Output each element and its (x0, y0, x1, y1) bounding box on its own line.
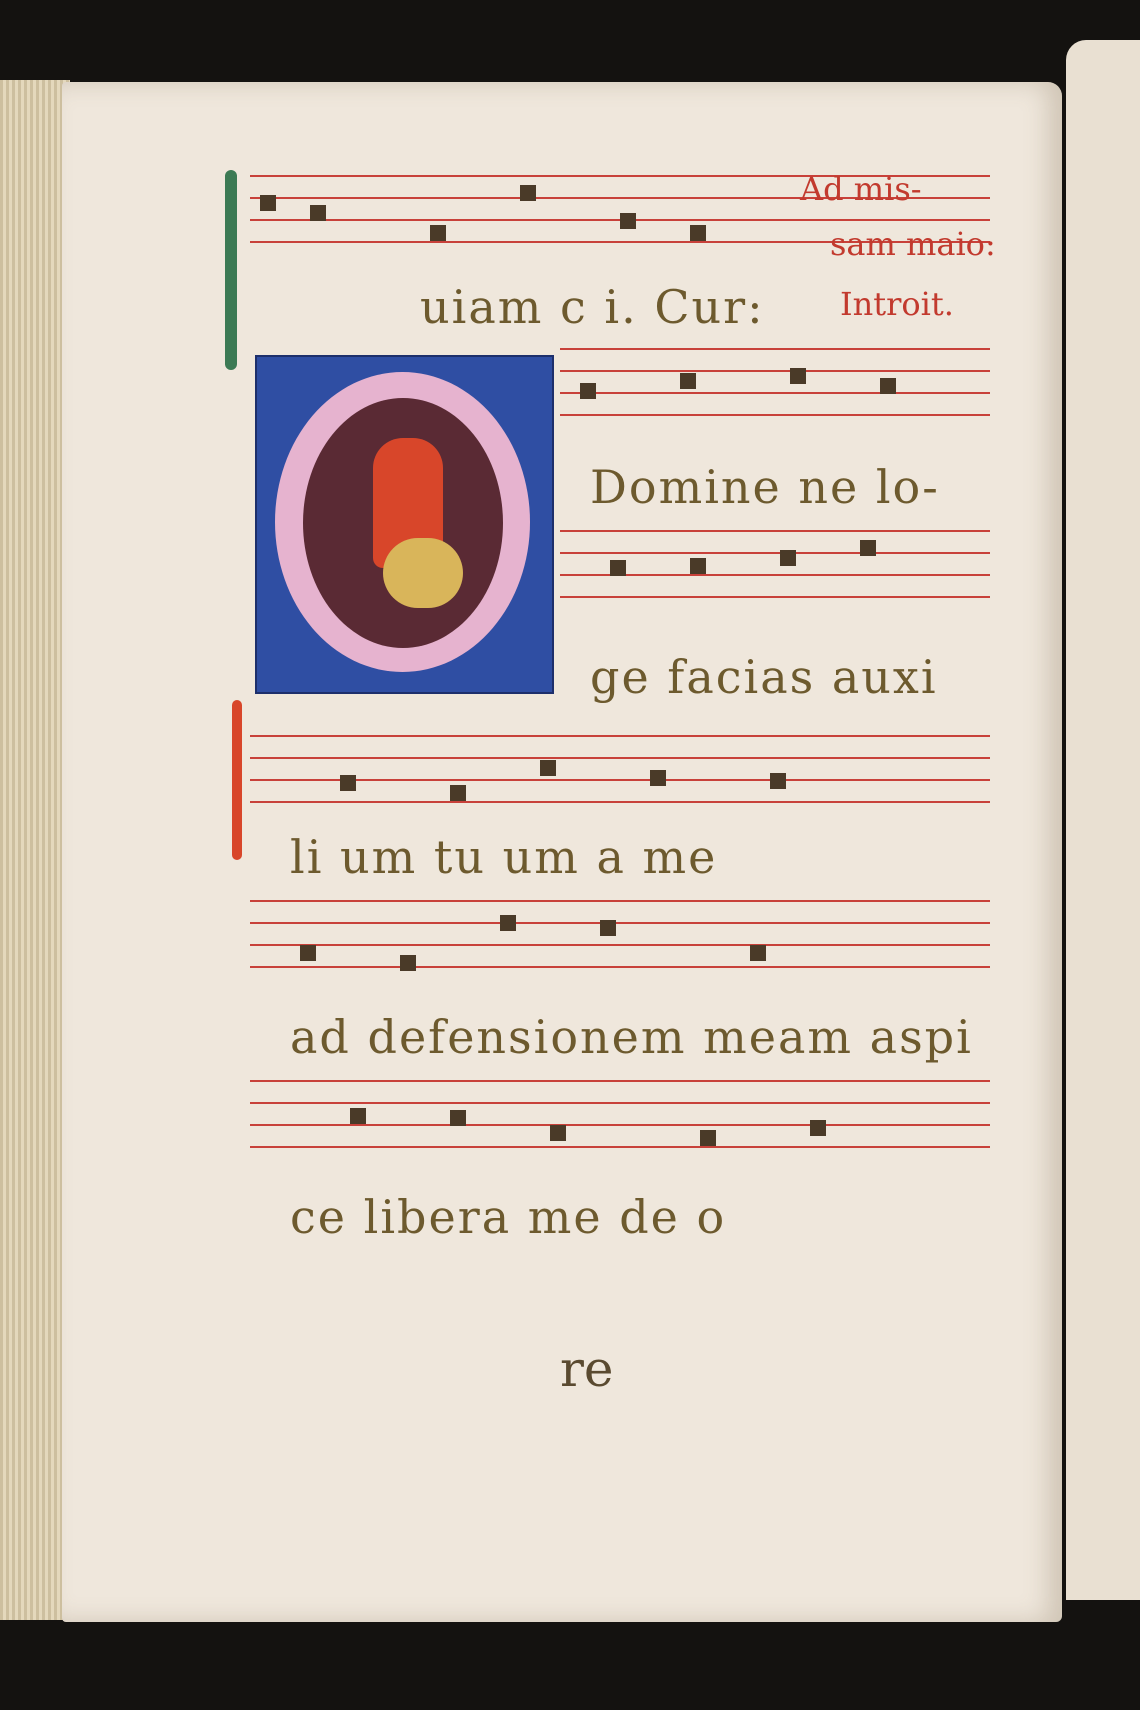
text-line-5: ad defensionem meam aspi (290, 1010, 973, 1064)
beast (383, 538, 463, 608)
text-line-2: Domine ne lo- (590, 460, 940, 514)
text-line-6: ce libera me de o (290, 1190, 726, 1244)
staff-3 (560, 530, 990, 600)
staff-2 (560, 348, 990, 418)
rubric-line-3: Introit. (840, 285, 954, 323)
text-line-1: uiam c i. Cur: (420, 280, 765, 334)
staff-5 (250, 900, 990, 970)
rubric-line-2: sam maio: (830, 225, 996, 263)
catchword: re (560, 1340, 614, 1398)
green-flourish (225, 170, 237, 370)
historiated-initial-D (255, 355, 554, 694)
page-edges (0, 80, 70, 1620)
red-flourish (232, 700, 242, 860)
staff-4 (250, 735, 990, 805)
text-line-3: ge facias auxi (590, 650, 938, 704)
rubric-line-1: Ad mis- (800, 170, 922, 208)
text-line-4: li um tu um a me (290, 830, 717, 884)
facing-page (1066, 40, 1140, 1600)
staff-6 (250, 1080, 990, 1150)
